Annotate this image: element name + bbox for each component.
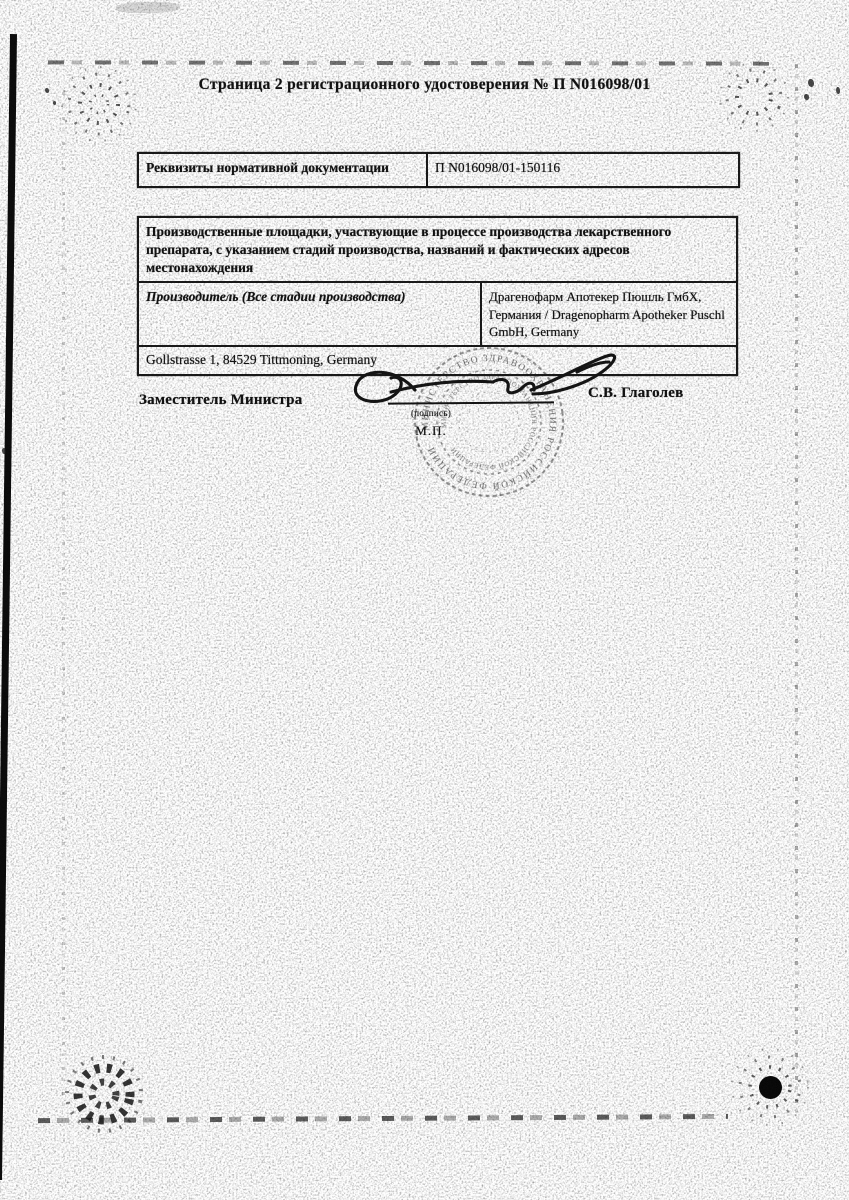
scan-speck xyxy=(2,448,6,454)
page-title: Страница 2 регистрационного удостоверени… xyxy=(0,76,849,94)
rosette-ornament-top-left xyxy=(57,62,141,146)
manufacturer-label: Производитель (Все стадии производства) xyxy=(139,283,480,344)
production-sites-header: Производственные площадки, участвующие в… xyxy=(139,218,736,283)
scanned-certificate-page: Страница 2 регистрационного удостоверени… xyxy=(0,0,849,1200)
signer-name: С.В. Глаголев xyxy=(588,385,683,402)
frame-left-line xyxy=(62,92,65,1110)
position-title: Заместитель Министра xyxy=(139,392,302,409)
signature-scribble xyxy=(345,350,630,416)
rosette-ornament-top-right xyxy=(714,57,794,137)
seal-place-abbr: М.П. xyxy=(398,423,464,439)
rosette-ornament-bottom-left xyxy=(58,1048,150,1140)
requisites-label: Реквизиты нормативной документации xyxy=(139,154,426,186)
frame-top-line xyxy=(48,60,770,65)
scan-speck xyxy=(804,94,809,100)
hole-punch-dot xyxy=(759,1076,782,1099)
scan-speck xyxy=(53,101,56,105)
requisites-table: Реквизиты нормативной документации П N01… xyxy=(137,152,740,188)
frame-right-line xyxy=(795,64,798,1120)
scan-smudge xyxy=(116,1,180,13)
signature-caption: (подпись) xyxy=(398,408,464,418)
scanner-edge-bar xyxy=(0,34,17,1180)
table-row: Производитель (Все стадии производства) … xyxy=(139,283,736,346)
requisites-value: П N016098/01-150116 xyxy=(426,154,738,186)
